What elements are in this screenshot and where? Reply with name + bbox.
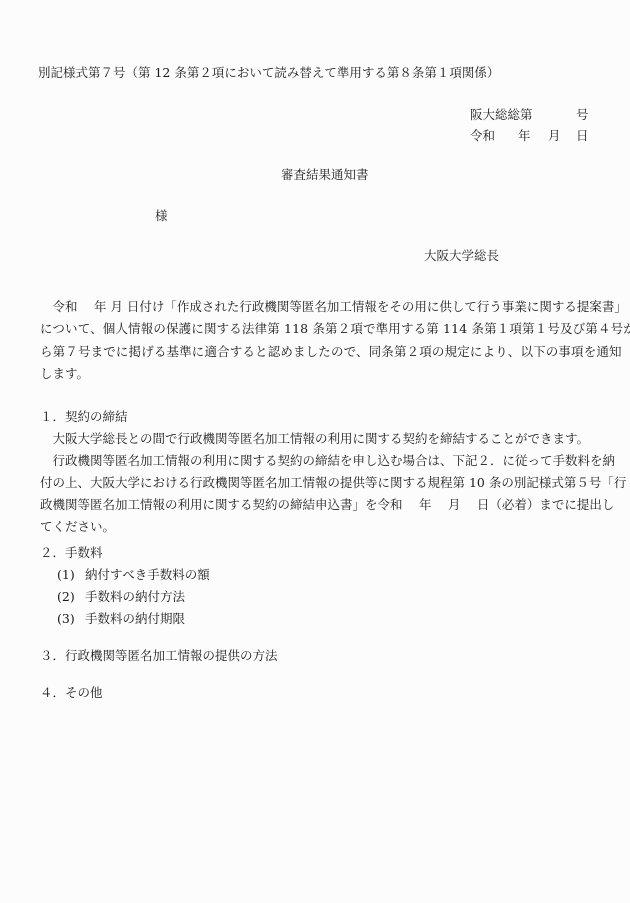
reference-number-prefix: 阪大総総第 xyxy=(470,107,533,123)
sender: 大阪大学総長 xyxy=(424,248,499,264)
section-4-heading: ４．その他 xyxy=(40,685,103,701)
fee-item-2-num: (2) xyxy=(57,589,75,605)
fee-item-1-text: 納付すべき手数料の額 xyxy=(85,567,210,583)
section-1-heading: １．契約の締結 xyxy=(40,409,128,425)
section-2-heading: ２．手数料 xyxy=(40,545,103,561)
document-title: 審査結果通知書 xyxy=(281,167,369,183)
section-1-line-2: 行政機関等匿名加工情報の利用に関する契約の締結を申し込む場合は、下記２．に従って… xyxy=(40,453,586,469)
fee-item-3-text: 手数料の納付期限 xyxy=(85,611,185,627)
intro-line-3: ら第７号までに掲げる基準に適合すると認めましたので、同条第２項の規定により、以下… xyxy=(40,344,586,360)
form-label: 別記様式第７号（第 12 条第２項において読み替えて準用する第８条第１項関係） xyxy=(38,65,499,81)
fee-item-2-text: 手数料の納付方法 xyxy=(85,589,185,605)
reference-number-suffix: 号 xyxy=(576,107,589,123)
section-3-heading: ３．行政機関等匿名加工情報の提供の方法 xyxy=(40,648,278,664)
section-1-line-3: 付の上、大阪大学における行政機関等匿名加工情報の提供等に関する規程第 10 条の… xyxy=(40,475,586,491)
date-year: 年 xyxy=(518,128,531,144)
date-era: 令和 xyxy=(470,128,495,144)
section-1-line-1: 大阪大学総長との間で行政機関等匿名加工情報の利用に関する契約を締結することができ… xyxy=(40,431,589,447)
section-1-line-4: 政機関等匿名加工情報の利用に関する契約の締結申込書」を令和 年 月 日（必着）ま… xyxy=(40,497,586,513)
intro-line-1: 令和 年 月 日付け「作成された行政機関等匿名加工情報をその用に供して行う事業に… xyxy=(40,299,586,315)
date-day: 日 xyxy=(576,128,589,144)
addressee-suffix: 様 xyxy=(155,208,168,224)
intro-line-2: について、個人情報の保護に関する法律第 118 条第２項で準用する第 114 条… xyxy=(40,321,586,337)
intro-line-4: します。 xyxy=(40,366,89,382)
fee-item-3-num: (3) xyxy=(57,611,75,627)
fee-item-1-num: (1) xyxy=(57,567,75,583)
section-1-line-5: てください。 xyxy=(40,519,115,535)
document-page: 別記様式第７号（第 12 条第２項において読み替えて準用する第８条第１項関係） … xyxy=(0,0,630,903)
date-month: 月 xyxy=(548,128,561,144)
